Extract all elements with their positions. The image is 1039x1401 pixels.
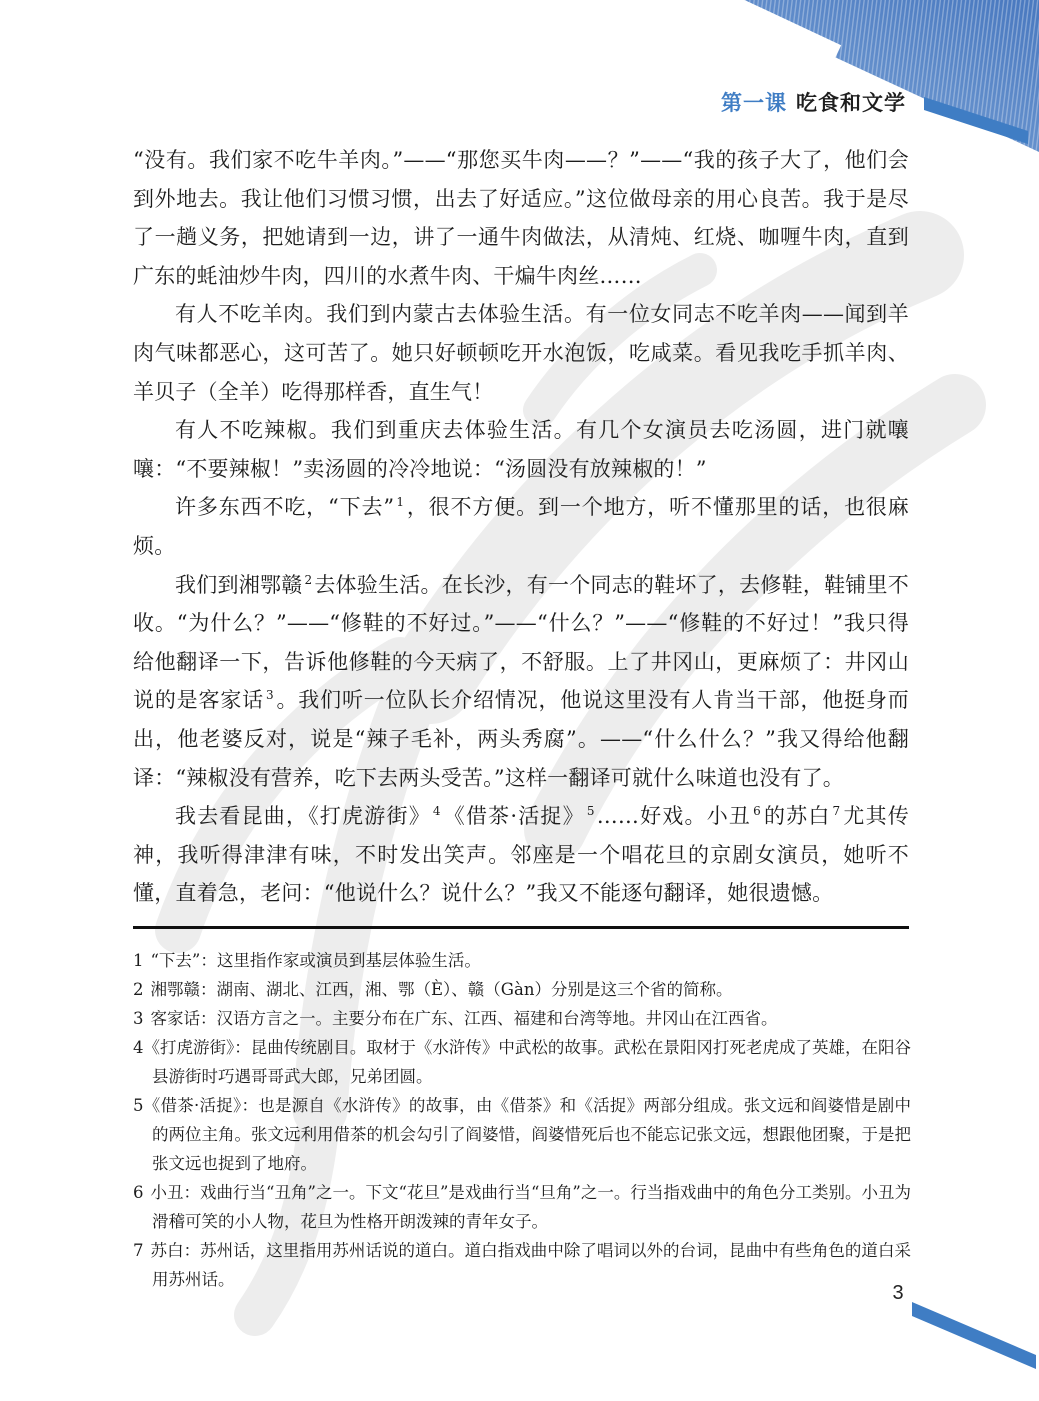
paragraph: 我们到湘鄂赣2去体验生活。在长沙，有一个同志的鞋坏了，去修鞋，鞋铺里不收。“为什… (133, 566, 909, 798)
paragraph: 我去看昆曲，《打虎游街》4《借茶·活捉》5……好戏。小丑6的苏白7尤其传神，我听… (133, 797, 909, 913)
footnote: 5《借茶·活捉》：也是源自《水浒传》的故事，由《借茶》和《活捉》两部分组成。张文… (133, 1091, 911, 1178)
footnote-ref: 2 (304, 573, 312, 587)
footnote-text: 《打虎游街》：昆曲传统剧目。取材于《水浒传》中武松的故事。武松在景阳冈打死老虎成… (144, 1038, 912, 1086)
paragraph: 有人不吃辣椒。我们到重庆去体验生活。有几个女演员去吃汤圆，进门就嚷嚷：“不要辣椒… (133, 411, 909, 488)
footnotes: 1“下去”：这里指作家或演员到基层体验生活。2湘鄂赣：湖南、湖北、江西，湘、鄂（… (133, 946, 911, 1294)
paragraph: “没有。我们家不吃牛羊肉。”——“那您买牛肉——？”——“我的孩子大了，他们会到… (133, 141, 909, 295)
footnote-separator (133, 926, 909, 929)
footnote-text: 湘鄂赣：湖南、湖北、江西，湘、鄂（È）、赣（Gàn）分别是这三个省的简称。 (151, 980, 733, 999)
footnote-text: 《借茶·活捉》：也是源自《水浒传》的故事，由《借茶》和《活捉》两部分组成。张文远… (144, 1096, 912, 1173)
footnote-number: 3 (133, 1009, 144, 1028)
footnote-number: 2 (133, 980, 144, 999)
lesson-title: 吃食和文学 (796, 92, 906, 115)
footer-accent-bar (912, 1302, 1036, 1369)
footnote-ref: 6 (753, 804, 761, 818)
textbook-page: 第一课吃食和文学 “没有。我们家不吃牛羊肉。”——“那您买牛肉——？”——“我的… (0, 0, 1039, 1401)
footnote: 2湘鄂赣：湖南、湖北、江西，湘、鄂（È）、赣（Gàn）分别是这三个省的简称。 (133, 975, 911, 1004)
footnote: 6小丑：戏曲行当“丑角”之一。下文“花旦”是戏曲行当“旦角”之一。行当指戏曲中的… (133, 1178, 911, 1236)
footnote-ref: 4 (433, 804, 441, 818)
article-body: “没有。我们家不吃牛羊肉。”——“那您买牛肉——？”——“我的孩子大了，他们会到… (133, 141, 909, 913)
footnote-ref: 5 (587, 804, 595, 818)
footnote-ref: 1 (396, 495, 404, 509)
footnote-number: 1 (133, 951, 144, 970)
footnote-number: 7 (133, 1241, 144, 1260)
footnote: 1“下去”：这里指作家或演员到基层体验生活。 (133, 946, 911, 975)
footnote-number: 6 (133, 1183, 144, 1202)
paragraph: 有人不吃羊肉。我们到内蒙古去体验生活。有一位女同志不吃羊肉——闻到羊肉气味都恶心… (133, 295, 909, 411)
footnote-text: 苏白：苏州话，这里指用苏州话说的道白。道白指戏曲中除了唱词以外的台词，昆曲中有些… (151, 1241, 912, 1289)
lesson-number-label: 第一课 (721, 92, 787, 115)
footnote-ref: 7 (833, 804, 841, 818)
footnote: 7苏白：苏州话，这里指用苏州话说的道白。道白指戏曲中除了唱词以外的台词，昆曲中有… (133, 1236, 911, 1294)
footnote-number: 4 (133, 1038, 144, 1057)
footnote-text: 客家话：汉语方言之一。主要分布在广东、江西、福建和台湾等地。井冈山在江西省。 (151, 1009, 778, 1028)
footnote-text: “下去”：这里指作家或演员到基层体验生活。 (151, 951, 481, 970)
page-number: 3 (884, 1282, 912, 1305)
paragraph: 许多东西不吃，“下去”1，很不方便。到一个地方，听不懂那里的话，也很麻烦。 (133, 488, 909, 565)
lesson-header: 第一课吃食和文学 (0, 87, 906, 117)
footnote-text: 小丑：戏曲行当“丑角”之一。下文“花旦”是戏曲行当“旦角”之一。行当指戏曲中的角… (151, 1183, 912, 1231)
footnote-number: 5 (133, 1096, 144, 1115)
footnote-ref: 3 (266, 688, 274, 702)
footnote: 3客家话：汉语方言之一。主要分布在广东、江西、福建和台湾等地。井冈山在江西省。 (133, 1004, 911, 1033)
footnote: 4《打虎游街》：昆曲传统剧目。取材于《水浒传》中武松的故事。武松在景阳冈打死老虎… (133, 1033, 911, 1091)
